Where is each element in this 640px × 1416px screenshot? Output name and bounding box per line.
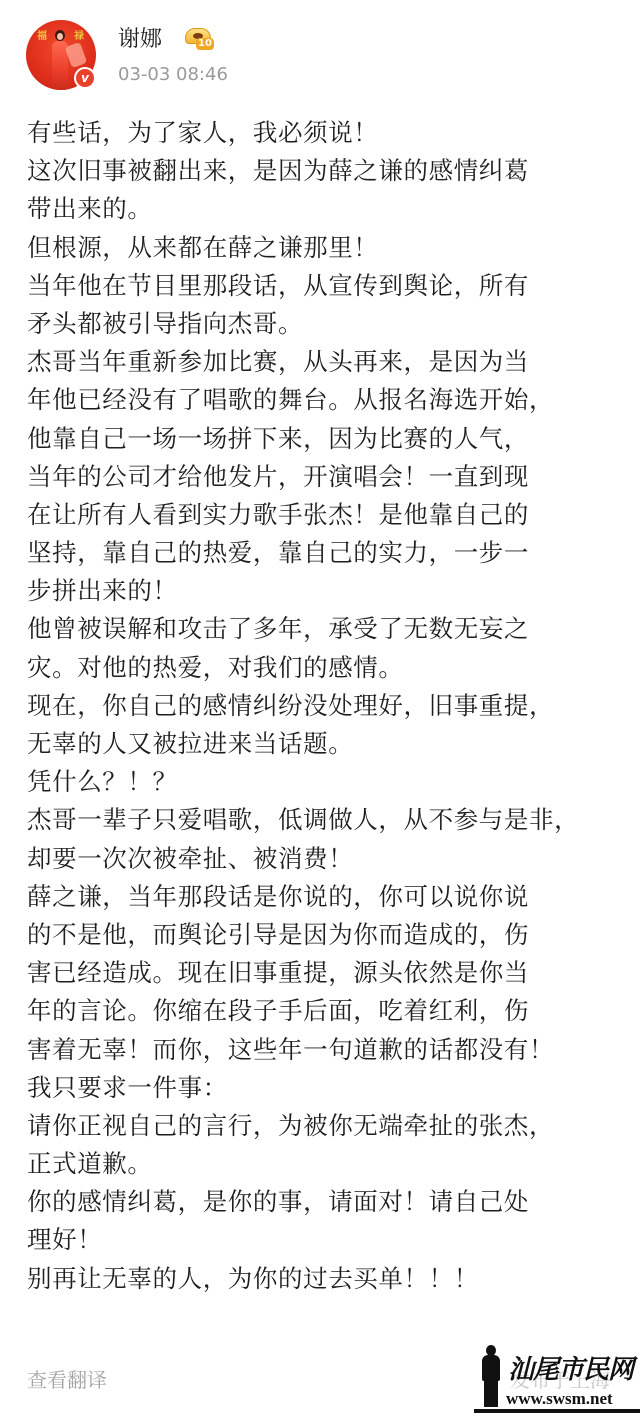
verified-icon: v [74,67,96,89]
silhouette-body [482,1355,500,1381]
post-line: 这次旧事被翻出来，是因为薛之谦的感情纠葛 [27,152,627,190]
post-line: 却要一次次被牵扯、被消费！ [27,840,627,878]
post-line: 有些话，为了家人，我必须说！ [27,114,627,152]
post-line: 你的感情纠葛，是你的事，请面对！请自己处 [27,1183,627,1221]
post-body: 有些话，为了家人，我必须说！ 这次旧事被翻出来，是因为薛之谦的感情纠葛 带出来的… [27,114,627,1298]
post-line: 矛头都被引导指向杰哥。 [27,305,627,343]
post-line: 薛之谦，当年那段话是你说的，你可以说你说 [27,878,627,916]
watermark-base-line [474,1409,640,1413]
watermark-title: 汕尾市民网 [508,1355,633,1385]
avatar-figure-sleeve [65,42,88,68]
view-translation-link[interactable]: 查看翻译 [27,1367,107,1393]
post-line: 当年的公司才给他发片，开演唱会！一直到现 [27,458,627,496]
post-line: 理好！ [27,1221,627,1259]
post-line: 别再让无辜的人，为你的过去买单！！！ [27,1260,627,1298]
post-line: 当年他在节目里那段话，从宣传到舆论，所有 [27,267,627,305]
watermark-url: www.swsm.net [506,1390,613,1408]
post-header: 福 禄 v 谢娜 10 03-03 08:46 [0,0,640,100]
avatar-char-right: 禄 [74,32,84,42]
post-line: 在让所有人看到实力歌手张杰！是他靠自己的 [27,496,627,534]
post-line: 他靠自己一场一场拼下来，因为比赛的人气， [27,420,627,458]
post-line: 的不是他，而舆论引导是因为你而造成的，伤 [27,916,627,954]
avatar-char-left: 福 [37,32,47,42]
level-badge-icon[interactable]: 10 [183,26,215,52]
person-silhouette-icon [480,1345,502,1413]
post-line: 步拼出来的！ [27,572,627,610]
author-name[interactable]: 谢娜 [118,26,162,54]
level-number: 10 [196,38,214,50]
post-line: 但根源，从来都在薛之谦那里！ [27,229,627,267]
post-line: 现在，你自己的感情纠纷没处理好，旧事重提， [27,687,627,725]
post-line: 害着无辜！而你，这些年一句道歉的话都没有！ [27,1031,627,1069]
post-line: 杰哥一辈子只爱唱歌，低调做人，从不参与是非， [27,801,627,839]
post-line: 年的言论。你缩在段子手后面，吃着红利，伤 [27,992,627,1030]
post-line: 年他已经没有了唱歌的舞台。从报名海选开始， [27,381,627,419]
post-line: 正式道歉。 [27,1145,627,1183]
post-line: 杰哥当年重新参加比赛，从头再来，是因为当 [27,343,627,381]
silhouette-legs [484,1379,498,1407]
post-line: 带出来的。 [27,190,627,228]
post-line: 请你正视自己的言行，为被你无端牵扯的张杰， [27,1107,627,1145]
post-line: 灾。对他的热爱，对我们的感情。 [27,649,627,687]
post-timestamp: 03-03 08:46 [118,64,228,86]
post-line: 坚持，靠自己的热爱，靠自己的实力，一步一 [27,534,627,572]
post-line: 我只要求一件事： [27,1069,627,1107]
post-line: 无辜的人又被拉进来当话题。 [27,725,627,763]
avatar-figure-face [57,33,63,40]
post-line: 害已经造成。现在旧事重提，源头依然是你当 [27,954,627,992]
post-line: 凭什么？！？ [27,763,627,801]
post-line: 他曾被误解和攻击了多年，承受了无数无妄之 [27,610,627,648]
avatar-figure [50,30,70,90]
site-watermark: 汕尾市民网 www.swsm.net [474,1345,640,1416]
